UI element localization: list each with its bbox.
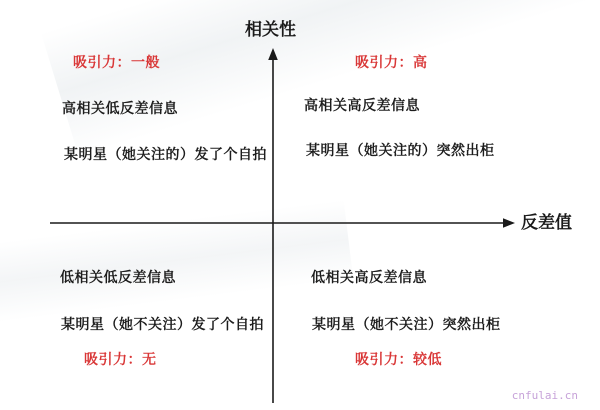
x-axis-label: 反差值 [521, 213, 572, 233]
quadrant-top-right-example: 某明星（她关注的）突然出柜 [306, 142, 495, 159]
quadrant-bottom-left-info-type: 低相关低反差信息 [60, 269, 176, 286]
quadrant-top-left-info-type: 高相关低反差信息 [62, 100, 178, 117]
x-axis-arrowhead-icon [503, 218, 515, 228]
watermark: cnfulai.cn [512, 389, 578, 402]
quadrant-bottom-right-attraction-label: 吸引力：较低 [355, 351, 442, 368]
quadrant-bottom-left-attraction-label: 吸引力：无 [84, 351, 157, 368]
quadrant-bottom-right-example: 某明星（她不关注）突然出柜 [312, 316, 501, 333]
quadrant-bottom-right-info-type: 低相关高反差信息 [311, 269, 427, 286]
y-axis-arrowhead-icon [268, 48, 278, 60]
quadrant-top-left-attraction-label: 吸引力：一般 [73, 54, 160, 71]
y-axis-label: 相关性 [245, 20, 296, 40]
quadrant-top-left-example: 某明星（她关注的）发了个自拍 [64, 146, 267, 163]
background-swoosh-bottom-left [0, 200, 353, 331]
quadrant-top-right-attraction-label: 吸引力：高 [355, 54, 428, 71]
quadrant-diagram: 相关性 反差值 吸引力：一般 高相关低反差信息 某明星（她关注的）发了个自拍 吸… [0, 0, 600, 410]
quadrant-bottom-left-example: 某明星（她不关注）发了个自拍 [61, 316, 264, 333]
background-swoosh-top-right [41, 0, 600, 157]
quadrant-top-right-info-type: 高相关高反差信息 [304, 97, 420, 114]
